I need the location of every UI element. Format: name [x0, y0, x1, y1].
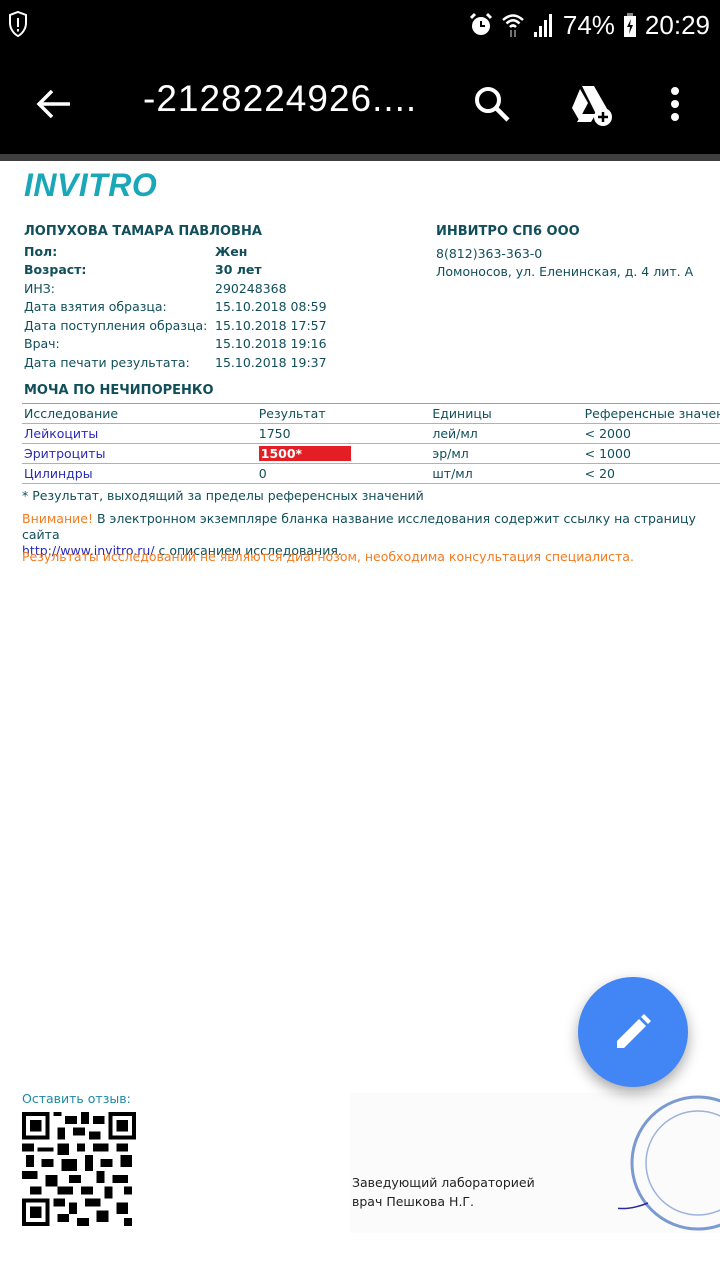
- stamp-icon: [618, 1093, 720, 1233]
- feedback-label: Оставить отзыв:: [22, 1091, 131, 1106]
- table-row: Цилиндры 0 шт/мл < 20: [22, 464, 720, 484]
- lab-name: ИНВИТРО СП6 ООО: [436, 224, 693, 243]
- qr-code-icon[interactable]: [22, 1112, 136, 1226]
- field-value: Жен: [215, 244, 247, 259]
- document-title: -2128224926....: [143, 78, 417, 120]
- attention-text: В электронном экземпляре бланка название…: [22, 511, 696, 542]
- search-icon[interactable]: [470, 82, 514, 126]
- table-row: Лейкоциты 1750 лей/мл < 2000: [22, 424, 720, 444]
- test-link[interactable]: Цилиндры: [22, 464, 257, 484]
- signature-line1: Заведующий лабораторией: [352, 1173, 535, 1192]
- header-reference: Референсные значения: [583, 404, 720, 424]
- field-value: 15.10.2018 19:16: [215, 336, 327, 351]
- patient-field: Пол:Жен: [24, 242, 327, 261]
- field-label: Дата взятия образца:: [24, 299, 215, 314]
- patient-field: Возраст:30 лет: [24, 261, 327, 280]
- field-value: 15.10.2018 17:57: [215, 318, 327, 333]
- alarm-icon: [469, 12, 493, 38]
- disclaimer: Результаты исследований не являются диаг…: [22, 549, 634, 564]
- back-arrow-icon[interactable]: [32, 82, 76, 126]
- battery-charging-icon: [623, 12, 637, 38]
- units: лей/мл: [430, 424, 582, 444]
- field-label: Дата печати результата:: [24, 355, 215, 370]
- table-header: Исследование Результат Единицы Референсн…: [22, 404, 720, 424]
- results-table: Исследование Результат Единицы Референсн…: [22, 403, 720, 484]
- patient-field: Дата печати результата:15.10.2018 19:37: [24, 353, 327, 372]
- test-link[interactable]: Лейкоциты: [22, 424, 257, 444]
- patient-name: ЛОПУХОВА ТАМАРА ПАВЛОВНА: [24, 224, 327, 239]
- patient-field: ИНЗ:290248368: [24, 279, 327, 298]
- patient-field: Врач:15.10.2018 19:16: [24, 335, 327, 354]
- appbar-divider: [0, 154, 720, 161]
- field-label: Дата поступления образца:: [24, 318, 215, 333]
- result-value: 1750: [257, 424, 431, 444]
- result-value: 0: [257, 464, 431, 484]
- units: шт/мл: [430, 464, 582, 484]
- field-label: Возраст:: [24, 262, 215, 277]
- clock: 20:29: [645, 10, 710, 41]
- units: эр/мл: [430, 444, 582, 464]
- result-cell: 1500*: [257, 444, 431, 464]
- header-result: Результат: [257, 404, 431, 424]
- invitro-logo: INVITRO: [24, 167, 157, 204]
- field-value: 30 лет: [215, 262, 262, 277]
- edit-pencil-icon: [613, 1012, 653, 1052]
- flagged-result: 1500*: [259, 446, 351, 461]
- more-vert-icon[interactable]: [660, 82, 690, 126]
- patient-field: Дата взятия образца:15.10.2018 08:59: [24, 298, 327, 317]
- edit-fab-button[interactable]: [578, 977, 688, 1087]
- footnote: * Результат, выходящий за пределы рефере…: [22, 488, 424, 503]
- field-value: 15.10.2018 19:37: [215, 355, 327, 370]
- field-label: Пол:: [24, 244, 215, 259]
- attention-label: Внимание!: [22, 511, 93, 526]
- reference: < 1000: [583, 444, 720, 464]
- field-value: 15.10.2018 08:59: [215, 299, 327, 314]
- header-units: Единицы: [430, 404, 582, 424]
- test-link[interactable]: Эритроциты: [22, 444, 257, 464]
- lab-phone: 8(812)363-363-0: [436, 246, 693, 265]
- header-test: Исследование: [22, 404, 257, 424]
- lab-info: ИНВИТРО СП6 ООО 8(812)363-363-0 Ломоносо…: [436, 224, 693, 283]
- patient-field: Дата поступления образца:15.10.2018 17:5…: [24, 316, 327, 335]
- signature-text: Заведующий лабораторией врач Пешкова Н.Г…: [352, 1173, 535, 1211]
- reference: < 20: [583, 464, 720, 484]
- section-title: МОЧА ПО НЕЧИПОРЕНКО: [24, 383, 214, 398]
- field-label: ИНЗ:: [24, 281, 215, 296]
- signal-icon: [533, 12, 555, 38]
- field-label: Врач:: [24, 336, 215, 351]
- app-bar: -2128224926....: [0, 52, 720, 154]
- shield-alert-icon: [8, 10, 28, 38]
- lab-address: Ломоносов, ул. Еленинская, д. 4 лит. А: [436, 264, 693, 283]
- signature-line2: врач Пешкова Н.Г.: [352, 1192, 535, 1211]
- patient-info: ЛОПУХОВА ТАМАРА ПАВЛОВНА Пол:Жен Возраст…: [24, 224, 327, 372]
- table-row: Эритроциты 1500* эр/мл < 1000: [22, 444, 720, 464]
- drive-add-icon[interactable]: [566, 82, 616, 126]
- wifi-icon: [501, 12, 525, 38]
- reference: < 2000: [583, 424, 720, 444]
- status-bar: 74% 20:29: [0, 0, 720, 52]
- pdf-page[interactable]: INVITRO ЛОПУХОВА ТАМАРА ПАВЛОВНА Пол:Жен…: [0, 161, 720, 1280]
- field-value: 290248368: [215, 281, 287, 296]
- battery-percent: 74%: [563, 10, 615, 41]
